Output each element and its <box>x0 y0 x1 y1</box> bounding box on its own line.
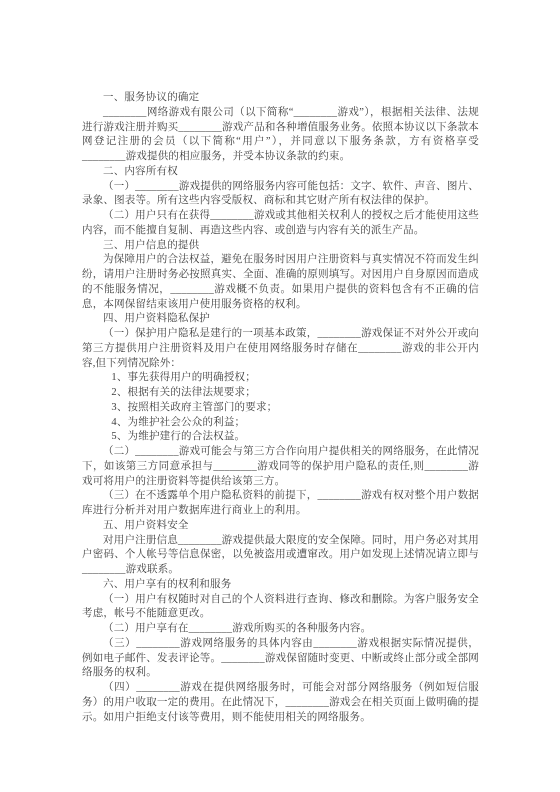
list-item: 2、根据有关的法律法规要求； <box>82 386 479 401</box>
document-page: 一、服务协议的确定________网络游戏有限公司（以下简称“________游… <box>0 0 560 792</box>
document-paragraph: 为保障用户的合法权益，避免在服务时因用户注册资料与真实情况不符而发生纠纷，请用户… <box>82 253 479 312</box>
document-paragraph: 对用户注册信息________游戏提供最大限度的安全保障。同时，用户务必对其用户… <box>82 534 479 578</box>
section-heading: 一、服务协议的确定 <box>82 91 479 106</box>
section-heading: 二、内容所有权 <box>82 165 479 180</box>
document-paragraph: （三）________游戏网络服务的具体内容由________游戏根据实际情况提… <box>82 637 479 681</box>
document-paragraph: （二）用户享有在________游戏所购买的各种服务内容。 <box>82 622 479 637</box>
document-paragraph: ________网络游戏有限公司（以下简称“________游戏”），根据相关法… <box>82 106 479 165</box>
list-item: 3、按照相关政府主管部门的要求； <box>82 401 479 416</box>
document-paragraph: （四）________游戏在提供网络服务时，可能会对部分网络服务（例如短信服务）… <box>82 681 479 725</box>
section-heading: 五、用户资料安全 <box>82 519 479 534</box>
document-paragraph: （一）保护用户隐私是建行的一项基本政策，________游戏保证不对外公开或向第… <box>82 327 479 371</box>
list-item: 5、为维护建行的合法权益。 <box>82 430 479 445</box>
section-heading: 三、用户信息的提供 <box>82 239 479 254</box>
list-item: 4、为维护社会公众的利益； <box>82 416 479 431</box>
section-heading: 四、用户资料隐私保护 <box>82 312 479 327</box>
document-paragraph: （一）________游戏提供的网络服务内容可能包括：文字、软件、声音、图片、录… <box>82 180 479 210</box>
document-body: 一、服务协议的确定________网络游戏有限公司（以下简称“________游… <box>82 91 479 725</box>
document-paragraph: （三）在不透露单个用户隐私资料的前提下，________游戏有权对整个用户数据库… <box>82 489 479 519</box>
section-heading: 六、用户享有的权利和服务 <box>82 578 479 593</box>
document-paragraph: （二）用户只有在获得________游戏或其他相关权利人的授权之后才能使用这些内… <box>82 209 479 239</box>
document-paragraph: （二）________游戏可能会与第三方合作向用户提供相关的网络服务，在此情况下… <box>82 445 479 489</box>
list-item: 1、事先获得用户的明确授权； <box>82 371 479 386</box>
document-paragraph: （一）用户有权随时对自己的个人资料进行查询、修改和删除。为客户服务安全考虑，帐号… <box>82 593 479 623</box>
